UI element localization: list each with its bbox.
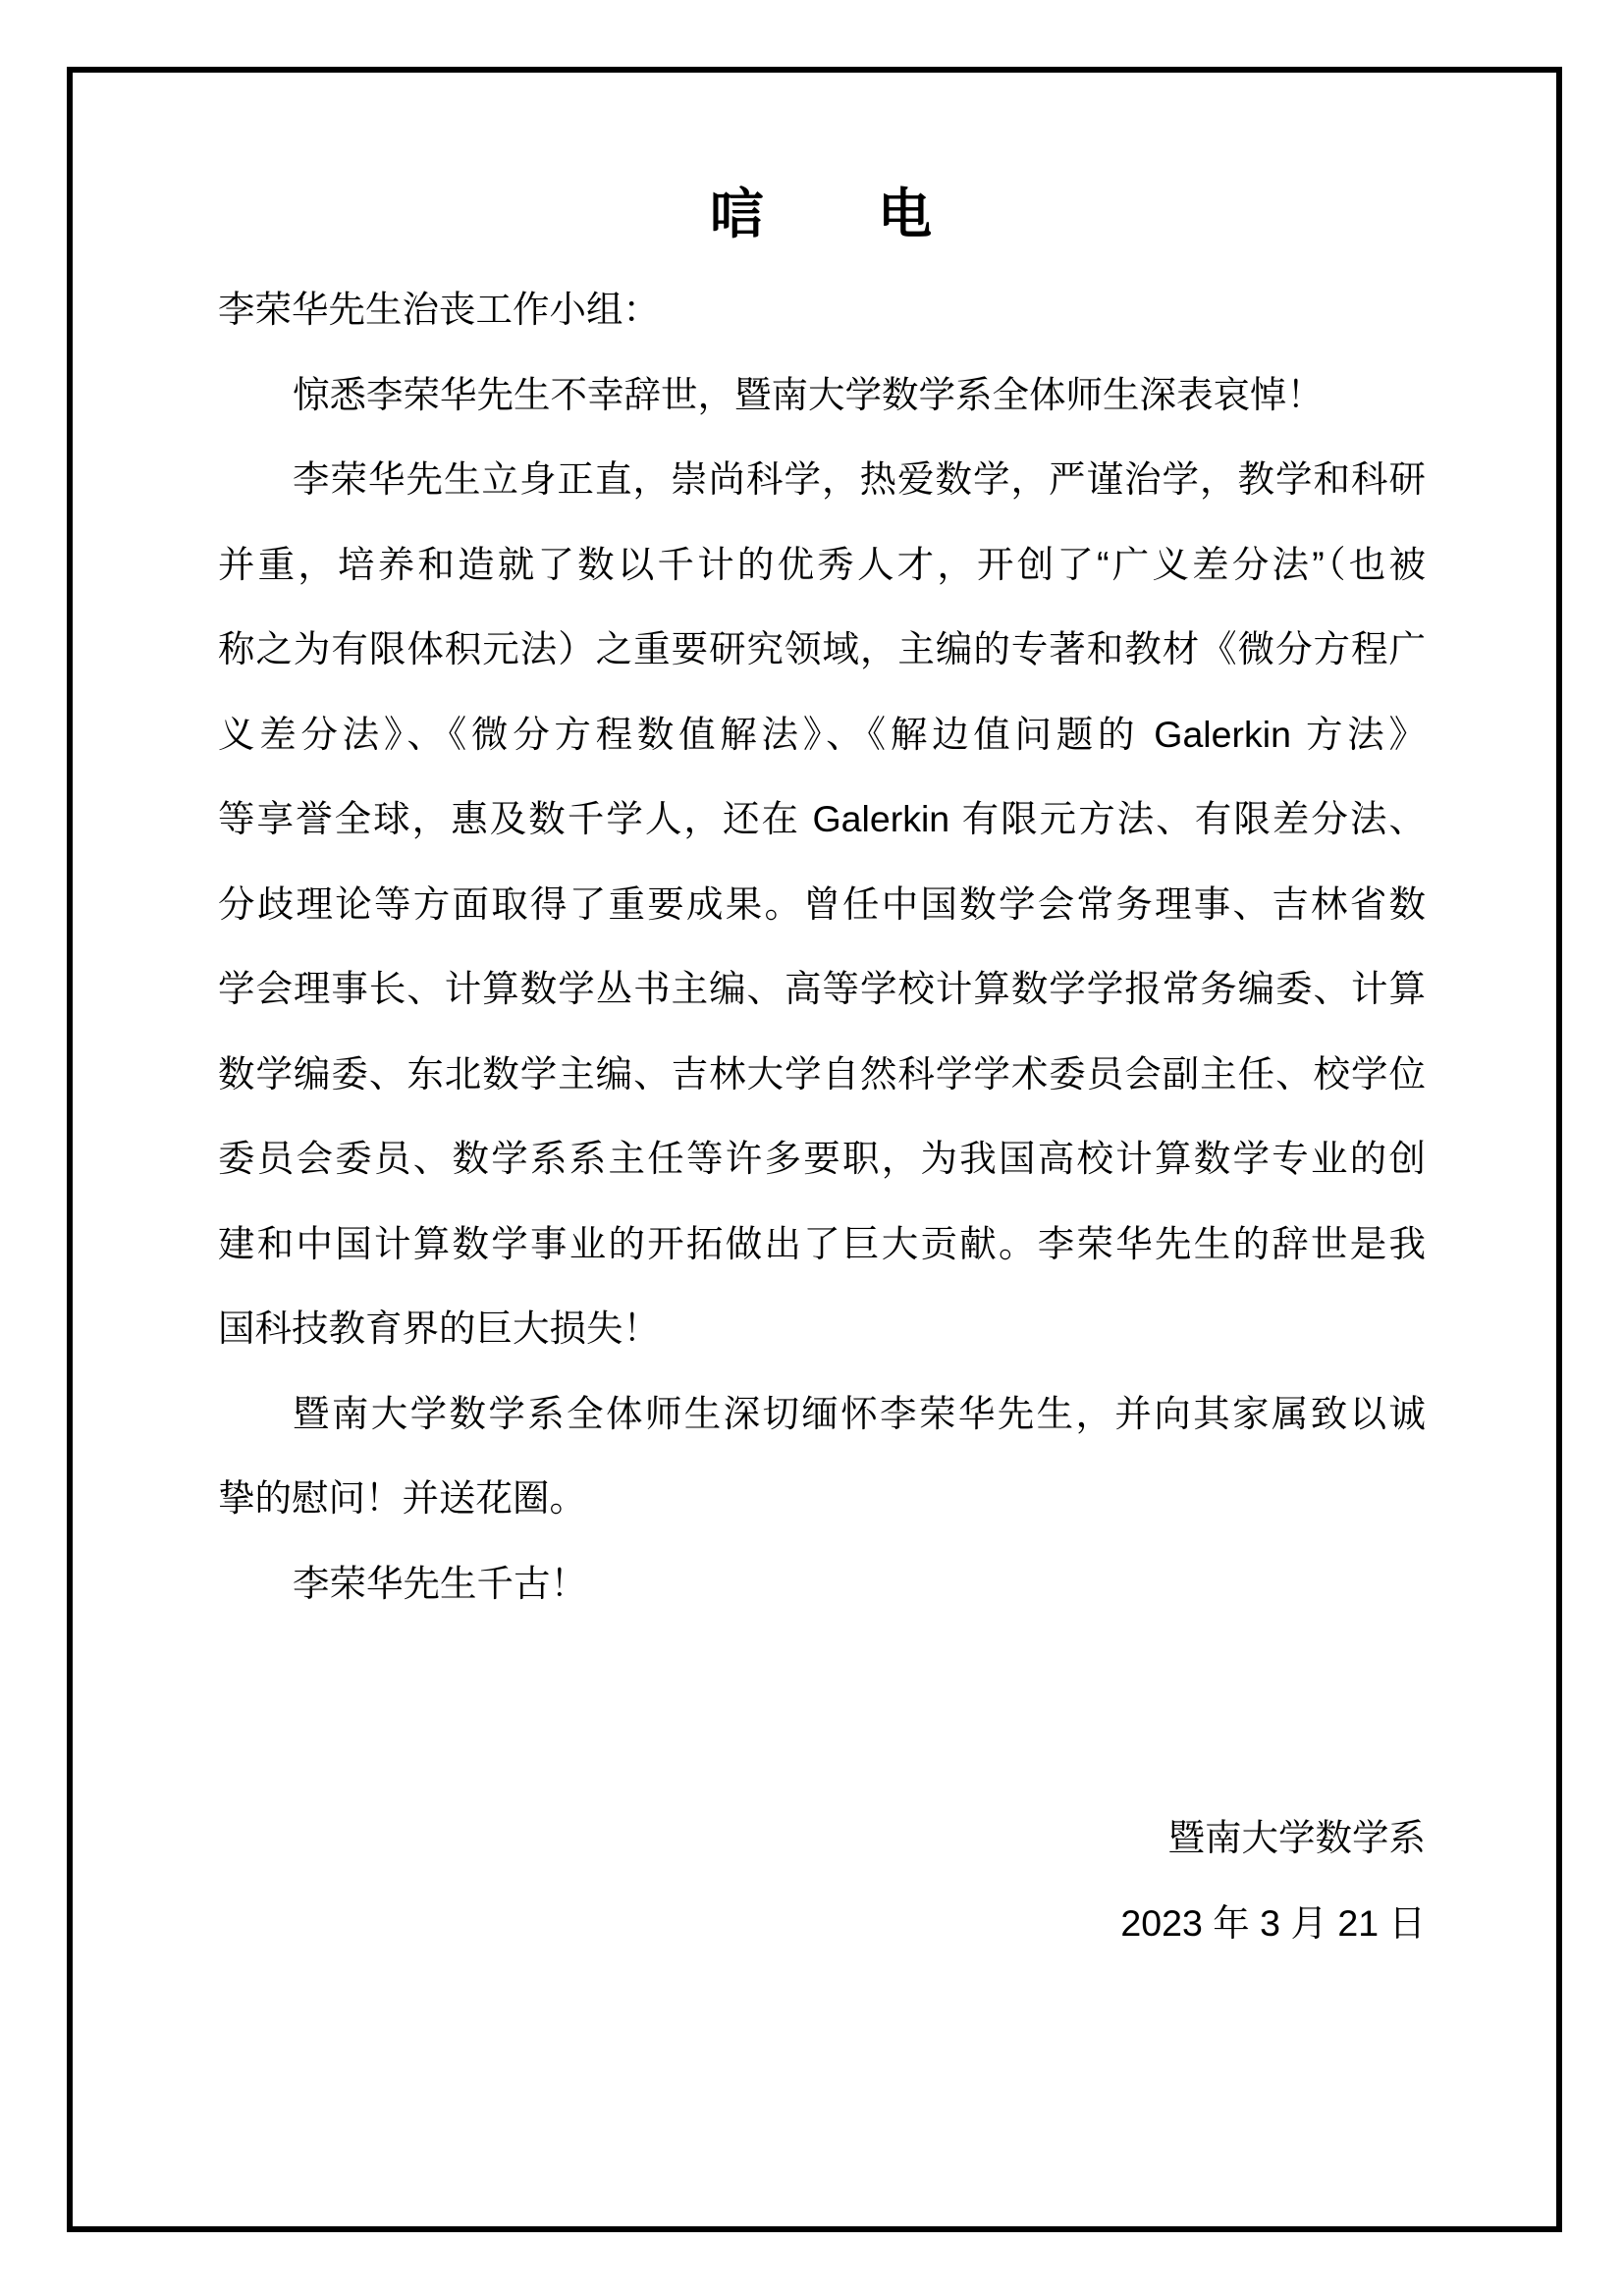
text-line: 委员会委员、数学系系主任等许多要职，为我国高校计算数学专业的创 [218, 1116, 1426, 1201]
text-line: 李荣华先生千古！ [218, 1541, 1426, 1627]
text-line: 称之为有限体积元法）之重要研究领域，主编的专著和教材《微分方程广 [218, 607, 1426, 692]
document-body: 惊悉李荣华先生不幸辞世，暨南大学数学系全体师生深表哀悼！李荣华先生立身正直，崇尚… [218, 352, 1426, 1627]
text-line: 分歧理论等方面取得了重要成果。曾任中国数学会常务理事、吉林省数 [218, 862, 1426, 947]
date: 2023 年 3 月 21 日 [218, 1881, 1426, 1966]
salutation: 李荣华先生治丧工作小组： [218, 267, 1426, 352]
text-line: 并重，培养和造就了数以千计的优秀人才，开创了“广义差分法”（也被 [218, 522, 1426, 608]
document-title: 唁 电 [218, 183, 1426, 247]
page-border: 唁 电 李荣华先生治丧工作小组： 惊悉李荣华先生不幸辞世，暨南大学数学系全体师生… [67, 67, 1562, 2232]
text-line: 惊悉李荣华先生不幸辞世，暨南大学数学系全体师生深表哀悼！ [218, 352, 1426, 438]
text-line: 暨南大学数学系全体师生深切缅怀李荣华先生，并向其家属致以诚 [218, 1371, 1426, 1457]
text-line: 国科技教育界的巨大损失！ [218, 1286, 1426, 1371]
text-line: 义差分法》、《微分方程数值解法》、《解边值问题的 Galerkin 方法》 [218, 692, 1426, 777]
text-line: 李荣华先生立身正直，崇尚科学，热爱数学，严谨治学，教学和科研 [218, 437, 1426, 522]
text-line: 数学编委、东北数学主编、吉林大学自然科学学术委员会副主任、校学位 [218, 1032, 1426, 1117]
signature-block: 暨南大学数学系 2023 年 3 月 21 日 [218, 1795, 1426, 1965]
text-line: 学会理事长、计算数学丛书主编、高等学校计算数学学报常务编委、计算 [218, 946, 1426, 1032]
text-line: 建和中国计算数学事业的开拓做出了巨大贡献。李荣华先生的辞世是我 [218, 1201, 1426, 1287]
document-page: 唁 电 李荣华先生治丧工作小组： 惊悉李荣华先生不幸辞世，暨南大学数学系全体师生… [0, 0, 1624, 2296]
text-line: 等享誉全球，惠及数千学人，还在 Galerkin 有限元方法、有限差分法、 [218, 776, 1426, 862]
signature: 暨南大学数学系 [218, 1795, 1426, 1881]
text-line: 挚的慰问！并送花圈。 [218, 1456, 1426, 1541]
